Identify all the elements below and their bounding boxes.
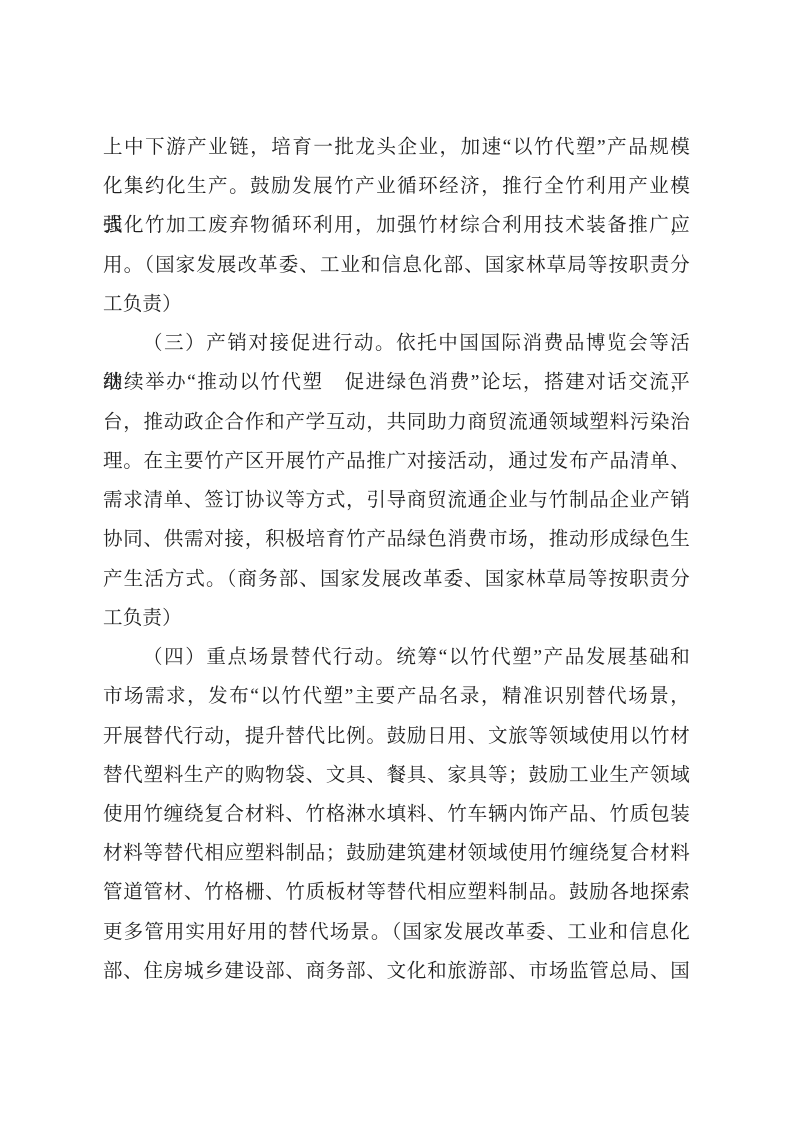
text-line: 需求清单、签订协议等方式，引导商贸流通企业与竹制品企业产销 [103, 481, 690, 520]
text-line: 强化竹加工废弃物循环利用，加强竹材综合利用技术装备推广应 [103, 206, 690, 245]
text-line: 用。（国家发展改革委、工业和信息化部、国家林草局等按职责分 [103, 246, 690, 285]
text-line: 产生活方式。（商务部、国家发展改革委、国家林草局等按职责分 [103, 560, 690, 599]
text-line: 使用竹缠绕复合材料、竹格淋水填料、竹车辆内饰产品、竹质包装 [103, 795, 690, 834]
paragraph: （三）产销对接促进行动。依托中国国际消费品博览会等活动，继续举办“推动以竹代塑 … [103, 324, 690, 638]
text-line: 市场需求，发布“以竹代塑”主要产品名录，精准识别替代场景， [103, 677, 690, 716]
text-line: 继续举办“推动以竹代塑 促进绿色消费”论坛，搭建对话交流平 [103, 363, 690, 402]
text-line: （三）产销对接促进行动。依托中国国际消费品博览会等活动， [103, 324, 690, 363]
text-line: 协同、供需对接，积极培育竹产品绿色消费市场，推动形成绿色生 [103, 520, 690, 559]
document-page: 上中下游产业链，培育一批龙头企业，加速“以竹代塑”产品规模化集约化生产。鼓励发展… [0, 0, 794, 1123]
text-line: 工负责） [103, 285, 690, 324]
text-line: 开展替代行动，提升替代比例。鼓励日用、文旅等领域使用以竹材 [103, 717, 690, 756]
text-line: 化集约化生产。鼓励发展竹产业循环经济，推行全竹利用产业模式， [103, 167, 690, 206]
text-line: 替代塑料生产的购物袋、文具、餐具、家具等；鼓励工业生产领域 [103, 756, 690, 795]
text-line: 材料等替代相应塑料制品；鼓励建筑建材领域使用竹缠绕复合材料 [103, 834, 690, 873]
text-line: 上中下游产业链，培育一批龙头企业，加速“以竹代塑”产品规模 [103, 128, 690, 167]
text-line: 更多管用实用好用的替代场景。（国家发展改革委、工业和信息化 [103, 913, 690, 952]
document-body: 上中下游产业链，培育一批龙头企业，加速“以竹代塑”产品规模化集约化生产。鼓励发展… [103, 128, 690, 991]
text-line: 部、住房城乡建设部、商务部、文化和旅游部、市场监管总局、国 [103, 952, 690, 991]
paragraph: 上中下游产业链，培育一批龙头企业，加速“以竹代塑”产品规模化集约化生产。鼓励发展… [103, 128, 690, 324]
text-line: （四）重点场景替代行动。统筹“以竹代塑”产品发展基础和 [103, 638, 690, 677]
paragraph: （四）重点场景替代行动。统筹“以竹代塑”产品发展基础和市场需求，发布“以竹代塑”… [103, 638, 690, 991]
text-line: 管道管材、竹格栅、竹质板材等替代相应塑料制品。鼓励各地探索 [103, 873, 690, 912]
text-line: 工负责） [103, 599, 690, 638]
text-line: 理。在主要竹产区开展竹产品推广对接活动，通过发布产品清单、 [103, 442, 690, 481]
text-line: 台，推动政企合作和产学互动，共同助力商贸流通领域塑料污染治 [103, 403, 690, 442]
